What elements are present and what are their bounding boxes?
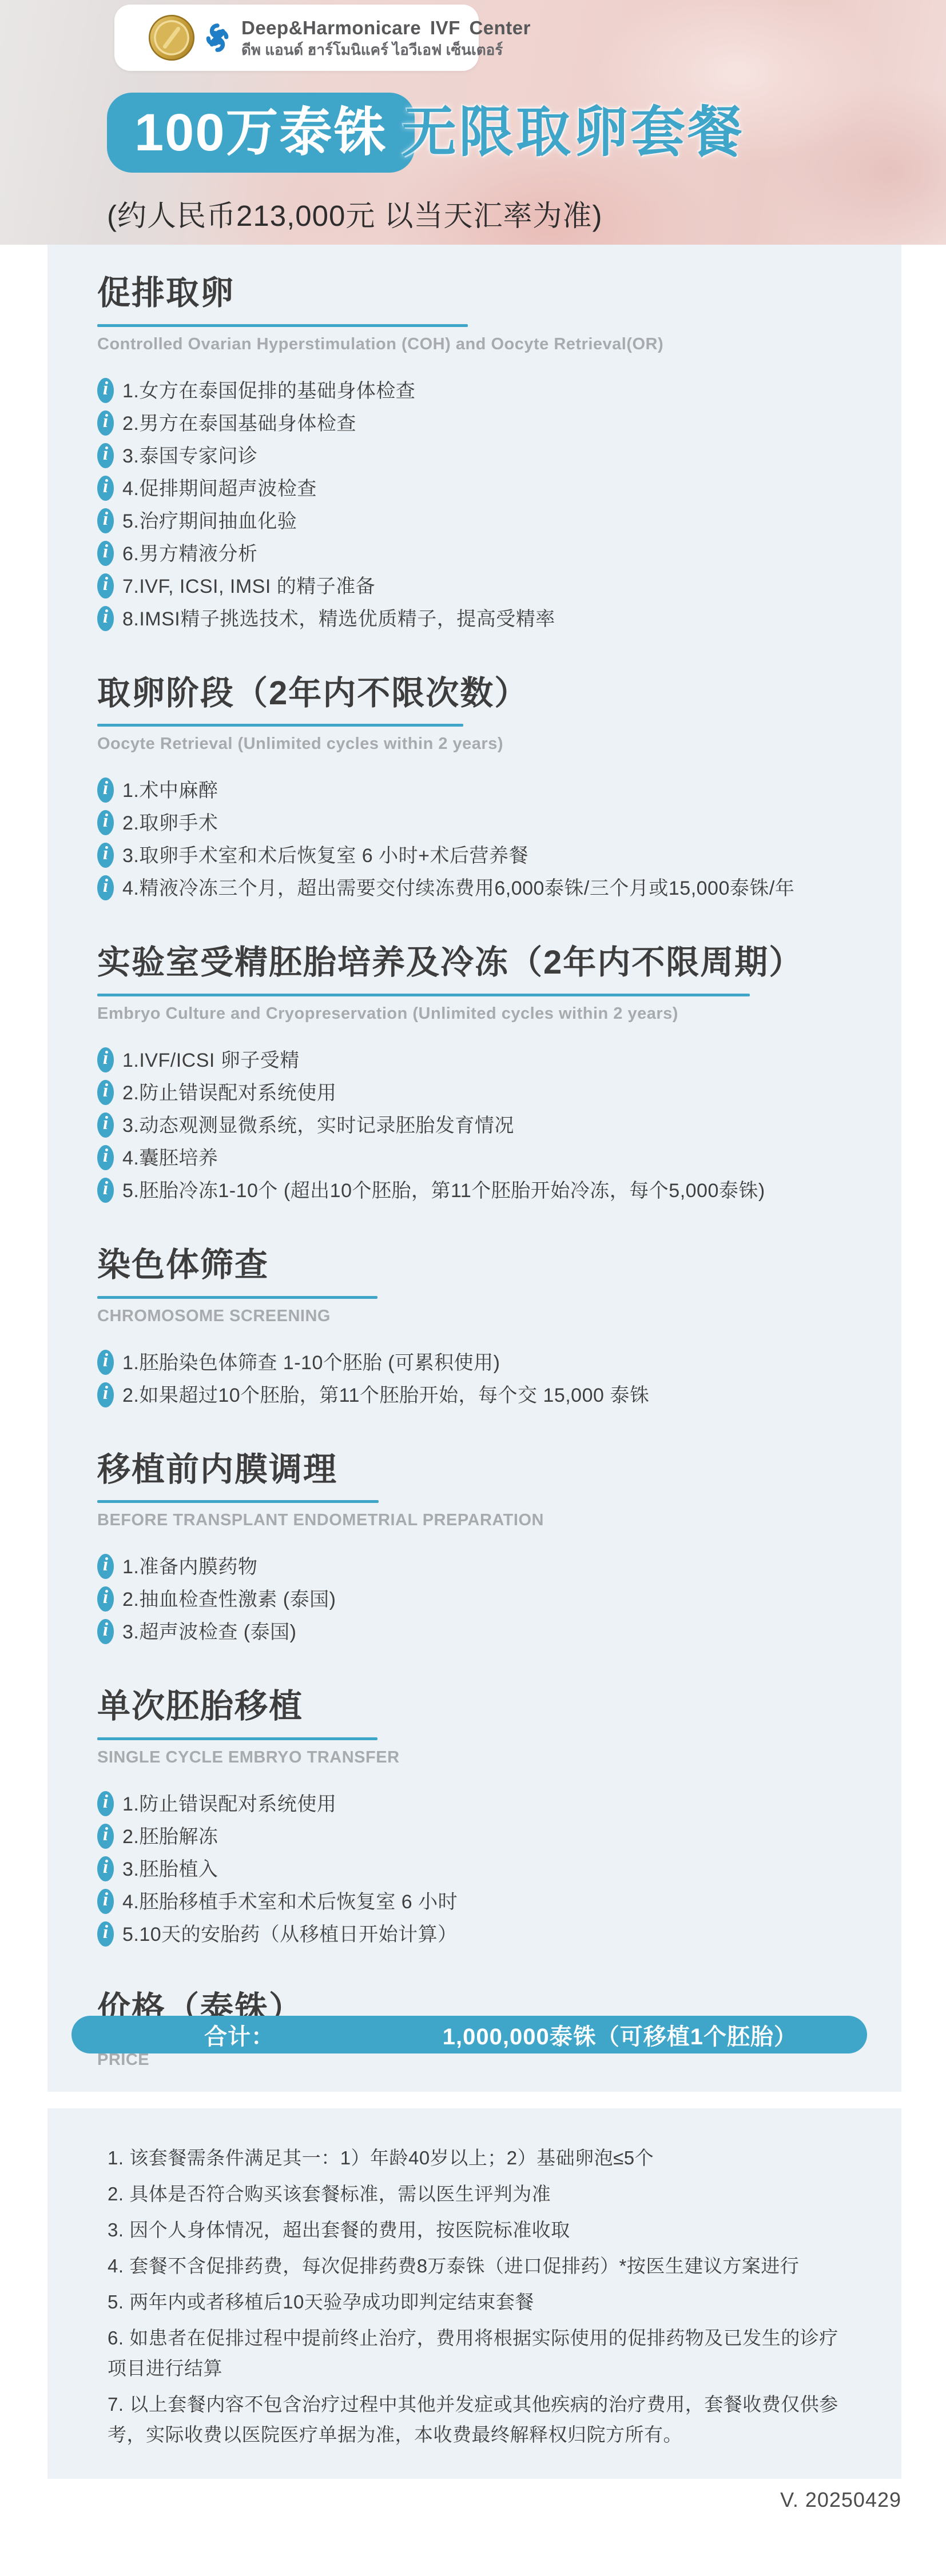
section-title: 单次胚胎移植 — [97, 1688, 858, 1726]
brand-name-th: ดีพ แอนด์ ฮาร์โมนิแคร์ ไอวีเอฟ เซ็นเตอร์ — [241, 42, 531, 58]
brand-bullet-icon — [97, 1619, 114, 1644]
brand-bullet-icon — [97, 843, 114, 868]
flyer-page: Deep&Harmonicare IVF Center ดีพ แอนด์ ฮา… — [0, 0, 946, 2576]
brand-bullet-icon — [97, 443, 114, 468]
accent-rule — [97, 1737, 377, 1740]
note-item: 2. 具体是否符合购买该套餐标准，需以医生评判为准 — [108, 2179, 847, 2209]
accent-rule — [97, 324, 468, 327]
list-item: 2.取卵手术 — [97, 811, 858, 835]
list-item: 1.胚胎染色体筛查 1-10个胚胎 (可累积使用) — [97, 1351, 858, 1375]
brand-bullet-icon — [97, 875, 114, 900]
list-item: 2.防止错误配对系统使用 — [97, 1081, 858, 1105]
total-label: 合计： — [204, 2019, 275, 2051]
total-value: 1,000,000泰铢（可移植1个胚胎） — [443, 2019, 797, 2051]
section-embryo-culture: 实验室受精胚胎培养及冷冻（2年内不限周期） Embryo Culture and… — [97, 944, 858, 1203]
brand-bullet-icon — [97, 1554, 114, 1579]
list-item: 3.取卵手术室和术后恢复室 6 小时+术后营养餐 — [97, 844, 858, 868]
brand-bullet-icon — [97, 1112, 114, 1138]
brand-bullet-icon — [97, 378, 114, 403]
section-endometrial-preparation: 移植前内膜调理 BEFORE TRANSPLANT ENDOMETRIAL PR… — [97, 1451, 858, 1645]
brand-text: Deep&Harmonicare IVF Center ดีพ แอนด์ ฮา… — [241, 18, 531, 58]
brand-bullet-icon — [97, 1889, 114, 1914]
list-item: 4.囊胚培养 — [97, 1146, 858, 1170]
list-item: 1.术中麻醉 — [97, 779, 858, 803]
brand-bullet-icon — [97, 1047, 114, 1072]
brand-bullet-icon — [97, 508, 114, 533]
package-detail-panel: 促排取卵 Controlled Ovarian Hyperstimulation… — [47, 245, 901, 2092]
list-item: 3.胚胎植入 — [97, 1857, 858, 1881]
brand-bullet-icon — [97, 777, 114, 803]
clinic-logo-card: Deep&Harmonicare IVF Center ดีพ แอนด์ ฮา… — [114, 5, 479, 71]
section-subtitle-en: Controlled Ovarian Hyperstimulation (COH… — [97, 335, 858, 354]
brand-bullet-icon — [97, 1921, 114, 1947]
list-item: 7.IVF, ICSI, IMSI 的精子准备 — [97, 575, 858, 599]
section-title: 实验室受精胚胎培养及冷冻（2年内不限周期） — [97, 944, 858, 982]
section-stimulation-retrieval: 促排取卵 Controlled Ovarian Hyperstimulation… — [97, 274, 858, 631]
accent-rule — [97, 1500, 379, 1503]
section-subtitle-en: Oocyte Retrieval (Unlimited cycles withi… — [97, 735, 858, 753]
brand-bullet-icon — [97, 606, 114, 631]
hero-photo-banner: Deep&Harmonicare IVF Center ดีพ แอนด์ ฮา… — [0, 0, 946, 245]
price-conversion-subtitle: (约人民币213,000元 以当天汇率为准) — [107, 192, 603, 234]
terms-notes-panel: 1. 该套餐需条件满足其一：1）年龄40岁以上；2）基础卵泡≤5个 2. 具体是… — [47, 2108, 901, 2479]
brand-bullet-icon — [97, 1080, 114, 1105]
brand-bullet-icon — [97, 1350, 114, 1375]
brand-bullet-icon — [97, 476, 114, 501]
note-item: 5. 两年内或者移植后10天验孕成功即判定结束套餐 — [108, 2287, 847, 2317]
section-title: 取卵阶段（2年内不限次数） — [97, 675, 858, 713]
accent-rule — [97, 994, 750, 996]
note-item: 6. 如患者在促排过程中提前终止治疗，费用将根据实际使用的促排药物及已发生的诊疗… — [108, 2323, 847, 2383]
list-item: 3.超声波检查 (泰国) — [97, 1620, 858, 1644]
list-item: 3.动态观测显微系统，实时记录胚胎发育情况 — [97, 1114, 858, 1138]
brand-bullet-icon — [97, 1856, 114, 1881]
section-title: 染色体筛查 — [97, 1246, 858, 1285]
gold-medal-icon — [146, 13, 197, 63]
section-chromosome-screening: 染色体筛查 CHROMOSOME SCREENING 1.胚胎染色体筛查 1-1… — [97, 1246, 858, 1407]
section-subtitle-en: CHROMOSOME SCREENING — [97, 1307, 858, 1326]
accent-rule — [97, 724, 463, 727]
section-title: 促排取卵 — [97, 274, 858, 313]
list-item: 2.男方在泰国基础身体检查 — [97, 412, 858, 436]
brand-bullet-icon — [97, 573, 114, 599]
version-label: V. 20250429 — [780, 2488, 901, 2512]
list-item: 2.胚胎解冻 — [97, 1825, 858, 1849]
note-item: 1. 该套餐需条件满足其一：1）年龄40岁以上；2）基础卵泡≤5个 — [108, 2143, 847, 2173]
note-item: 7. 以上套餐内容不包含治疗过程中其他并发症或其他疾病的治疗费用，套餐收费仅供参… — [108, 2389, 847, 2450]
section-subtitle-en: SINGLE CYCLE EMBRYO TRANSFER — [97, 1748, 858, 1767]
list-item: 4.促排期间超声波检查 — [97, 477, 858, 501]
brand-bullet-icon — [97, 410, 114, 436]
note-item: 3. 因个人身体情况，超出套餐的费用，按医院标准收取 — [108, 2215, 847, 2245]
list-item: 1.防止错误配对系统使用 — [97, 1792, 858, 1816]
list-item: 5.胚胎冷冻1-10个 (超出10个胚胎，第11个胚胎开始冷冻，每个5,000泰… — [97, 1179, 858, 1203]
note-item: 4. 套餐不含促排药费，每次促排药费8万泰铢（进口促排药）*按医生建议方案进行 — [108, 2251, 847, 2281]
list-item: 2.抽血检查性激素 (泰国) — [97, 1588, 858, 1612]
list-item: 1.女方在泰国促排的基础身体检查 — [97, 379, 858, 403]
section-oocyte-retrieval: 取卵阶段（2年内不限次数） Oocyte Retrieval (Unlimite… — [97, 675, 858, 901]
total-bar: 合计： 1,000,000泰铢（可移植1个胚胎） — [71, 2016, 867, 2053]
section-subtitle-en: BEFORE TRANSPLANT ENDOMETRIAL PREPARATIO… — [97, 1511, 858, 1530]
list-item: 3.泰国专家问诊 — [97, 444, 858, 468]
brand-bullet-icon — [97, 1145, 114, 1170]
list-item: 5.治疗期间抽血化验 — [97, 509, 858, 533]
section-embryo-transfer: 单次胚胎移植 SINGLE CYCLE EMBRYO TRANSFER 1.防止… — [97, 1688, 858, 1947]
brand-bullet-icon — [97, 1382, 114, 1407]
package-title: 无限取卵套餐 — [402, 93, 745, 173]
brand-bullet-icon — [97, 1178, 114, 1203]
list-item: 4.精液冷冻三个月，超出需要交付续冻费用6,000泰铢/三个月或15,000泰铢… — [97, 876, 858, 900]
price-intro: 套餐费分三次付清 — [122, 2090, 858, 2092]
brand-bullet-icon — [97, 1586, 114, 1612]
list-item: 5.10天的安胎药（从移植日开始计算） — [97, 1923, 858, 1947]
section-title: 移植前内膜调理 — [97, 1451, 858, 1489]
section-subtitle-en: Embryo Culture and Cryopreservation (Unl… — [97, 1004, 858, 1023]
brand-name-en: Deep&Harmonicare IVF Center — [241, 18, 531, 38]
list-item: 4.胚胎移植手术室和术后恢复室 6 小时 — [97, 1890, 858, 1914]
list-item: 8.IMSI精子挑选技术，精选优质精子，提高受精率 — [97, 607, 858, 631]
clover-logo-icon — [201, 18, 233, 57]
brand-bullet-icon — [97, 1791, 114, 1816]
list-item: 6.男方精液分析 — [97, 542, 858, 566]
brand-bullet-icon — [97, 1824, 114, 1849]
brand-bullet-icon — [97, 541, 114, 566]
list-item: 1.准备内膜药物 — [97, 1555, 858, 1579]
accent-rule — [97, 1296, 377, 1299]
list-item: 2.如果超过10个胚胎，第11个胚胎开始，每个交 15,000 泰铢 — [97, 1383, 858, 1407]
price-badge: 100万泰铢 — [107, 93, 415, 173]
brand-bullet-icon — [97, 810, 114, 835]
list-item: 1.IVF/ICSI 卵子受精 — [97, 1048, 858, 1072]
